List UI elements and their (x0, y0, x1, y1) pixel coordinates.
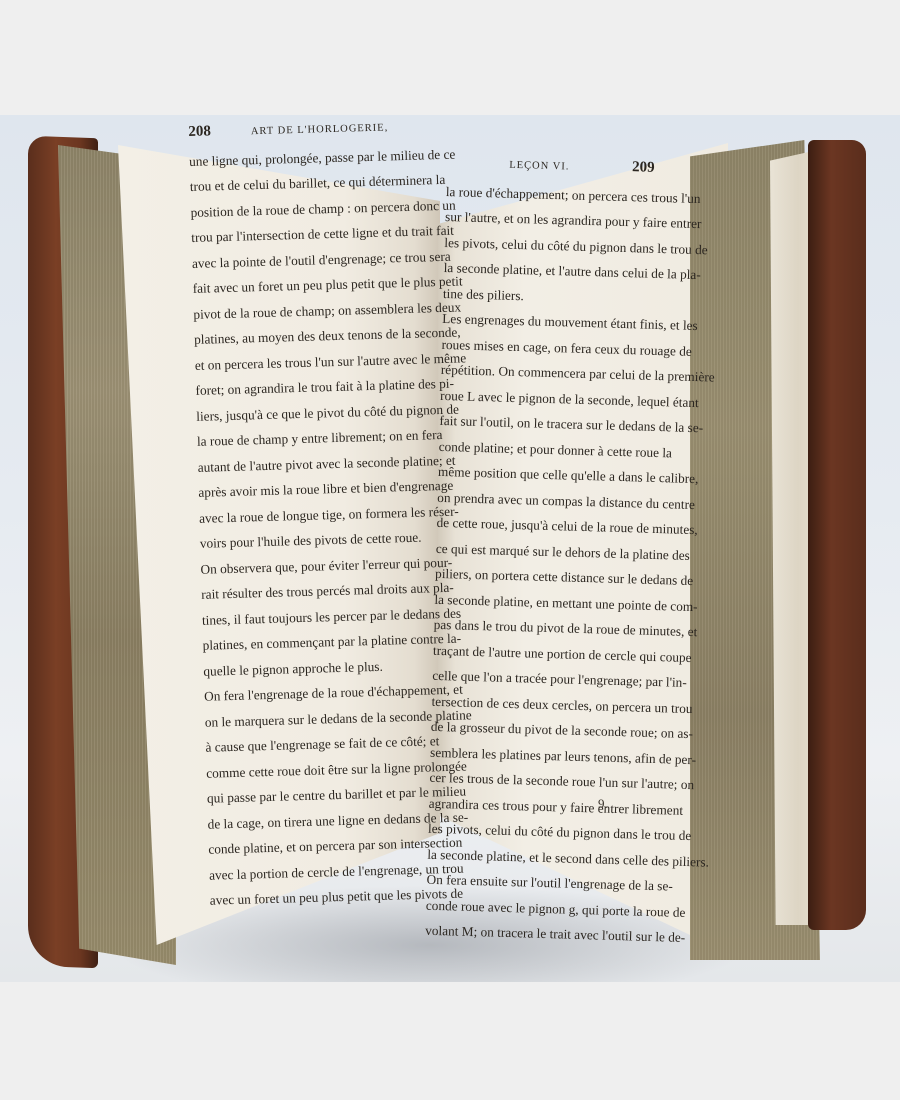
running-head: ART DE L'HORLOGERIE, (251, 115, 389, 144)
signature-mark: 9. (598, 796, 608, 812)
right-page-header: LEÇON VI. 209 (446, 150, 655, 182)
right-page-text: LEÇON VI. 209 la roue d'échappement; on … (425, 150, 655, 949)
running-head: LEÇON VI. (509, 153, 570, 180)
page-number: 208 (188, 119, 211, 145)
page-number: 209 (632, 155, 655, 181)
right-leather-cover (808, 140, 866, 930)
left-page-text: 208 ART DE L'HORLOGERIE, une ligne qui, … (188, 113, 450, 913)
left-page-header: 208 ART DE L'HORLOGERIE, (188, 113, 429, 146)
